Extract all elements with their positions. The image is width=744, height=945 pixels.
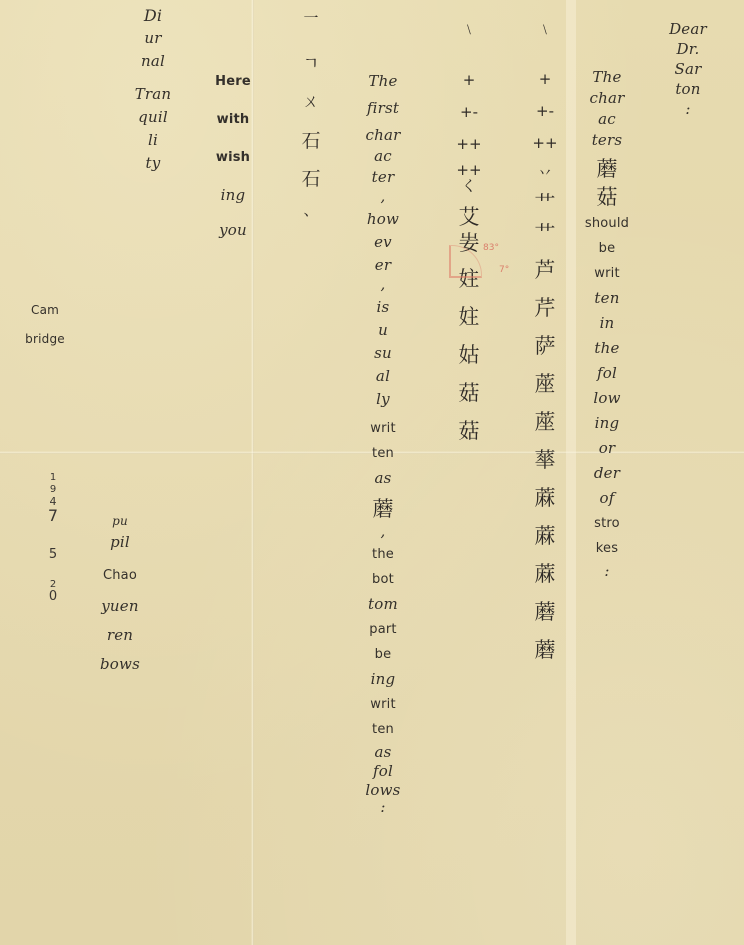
word: writ [370,697,396,712]
word: be [599,241,616,256]
word: ur [144,31,161,46]
word: ac [598,112,616,127]
word: der [594,466,620,481]
stroke-step: ㄨ [303,94,320,110]
stroke-step: ㄱ [303,56,319,72]
stroke-step: +- [536,103,554,119]
date-digit: 7 [48,508,58,524]
word: as [374,471,391,486]
signature-column: pu pil Chao yuen ren bows [90,514,150,672]
word: ter [372,170,395,185]
stroke-step: 芦 [535,259,556,281]
word: ing [221,188,246,203]
word: er [375,258,391,273]
word: ac [374,149,392,164]
colon: : [604,564,609,579]
word: the [372,547,394,562]
stroke-step: 艹 [535,223,556,245]
salutation-dear: Dear [669,22,707,37]
salutation-sar: Sar [675,62,702,77]
salutation-ton: ton [675,82,700,97]
comma: , [381,189,386,204]
word: of [600,491,615,506]
stroke-step: ++ [456,136,481,152]
word: stro [594,516,620,531]
stroke-step: + [463,72,476,88]
body-column-1: The char ac ters 蘑 菇 should be writ ten … [584,70,630,579]
stroke-step: 菇 [459,382,480,404]
date-digit: 0 [49,590,57,604]
place-bridge: bridge [25,332,65,347]
stroke-step: く [461,178,476,194]
word: ten [372,722,394,737]
word: in [600,316,615,331]
word: ters [592,133,623,148]
stroke-step: 蔴 [535,525,556,547]
place-cam: Cam [31,303,59,318]
word: The [368,74,397,89]
stroke-step: 妵 [459,306,480,328]
stroke-step: 菇 [459,420,480,442]
word: char [590,91,625,106]
word: ing [371,672,396,687]
word: The [592,70,621,85]
cjk-char-mo: 蘑 [597,158,618,180]
cjk-char-mo: 蘑 [373,498,394,520]
word: ty [146,156,161,171]
word: first [367,101,399,116]
word: li [148,133,158,148]
stroke-step: +- [460,104,478,120]
stroke-step: 石 [301,168,320,190]
word: ly [376,392,390,407]
word: wish [216,150,250,165]
stroke-step: + [539,71,552,87]
word: Tran [135,87,172,102]
comma: , [381,524,386,539]
stroke-step: 丷 [537,165,552,181]
word: part [369,622,396,637]
word: writ [370,421,396,436]
stroke-step: 芹 [535,297,556,319]
signature-ren: ren [107,628,133,643]
word: Here [215,74,251,89]
word: fol [373,764,393,779]
phrase-column: Di ur nal Tran quil li ty [130,8,176,171]
word: or [599,441,616,456]
word: tom [368,597,398,612]
stroke-step: 石 [301,130,320,152]
date-digit: 5 [49,548,57,562]
stroke-step: 一 [303,10,318,26]
angle-major-label: 83° [483,243,499,253]
word: pu [112,514,128,529]
word: should [585,216,629,231]
angle-minor-label: 7° [499,265,509,275]
word: al [376,369,390,384]
colon: : [380,800,385,815]
word: Di [144,8,162,23]
date-column: 1 9 4 7 5 2 0 [44,472,62,604]
word: bows [100,657,140,672]
word: u [378,323,388,338]
word: be [375,647,392,662]
angle-arc-diagram [449,245,482,278]
body-column-2: The first char ac ter , how ev er , is u… [358,74,408,815]
salutation-colon: : [685,102,690,117]
stroke-step: 姑 [459,344,480,366]
word: with [217,112,250,127]
word: su [374,346,392,361]
word: is [377,300,390,315]
word: as [374,745,391,760]
place-column: Cam bridge [18,303,72,347]
word: lows [365,783,400,798]
cjk-char-gu: 菇 [597,186,618,208]
word: writ [594,266,620,281]
date-digit: 1 [50,472,56,484]
word: bot [372,572,394,587]
word: low [593,391,620,406]
salutation-dr: Dr. [677,42,700,57]
word: kes [596,541,618,556]
word: char [366,128,401,143]
stroke-step: 萨 [535,335,556,357]
signature-chao: Chao [103,568,137,583]
stroke-step: 艹 [535,193,556,215]
stroke-step: 蔴 [535,487,556,509]
stroke-step: 蓙 [535,411,556,433]
stroke-step: ++ [456,162,481,178]
stroke-step: 蕐 [535,449,556,471]
word: the [594,341,619,356]
word: how [367,212,399,227]
closing-column: Here with wish ing you [210,74,256,238]
word: ev [374,235,392,250]
word: nal [141,54,165,69]
stroke-step: 蔴 [535,563,556,585]
stroke-order-mo-column: ﹨ + +- ++ 丷 艹 艹 芦 芹 萨 蓙 蓙 蕐 蔴 蔴 蔴 蘑 蘑 [522,20,568,661]
word: ing [595,416,620,431]
stroke-step: 蘑 [535,601,556,623]
stroke-step: 蓙 [535,373,556,395]
salutation-column: Dear Dr. Sar ton : [662,22,714,117]
stroke-step: ﹨ [461,20,476,36]
stroke-step: 艾 [459,206,480,228]
stroke-order-stone-column: 一 ㄱ ㄨ 石 石 、 [294,10,328,218]
signature-yuen: yuen [101,599,138,614]
stroke-step: ++ [532,135,557,151]
word: pil [110,535,130,550]
word: ten [372,446,394,461]
word: quil [138,110,168,125]
stroke-step: 、 [303,202,318,218]
angle-annotation: 83° 7° [449,243,509,277]
word: you [219,223,247,238]
stroke-step: 蘑 [535,639,556,661]
word: ten [594,291,619,306]
word: fol [597,366,617,381]
stroke-order-gu-column: ﹨ + +- ++ ++ く 艾 妛 妵 妵 姑 菇 菇 [446,20,492,442]
comma: , [381,277,386,292]
stroke-step: ﹨ [537,20,552,36]
